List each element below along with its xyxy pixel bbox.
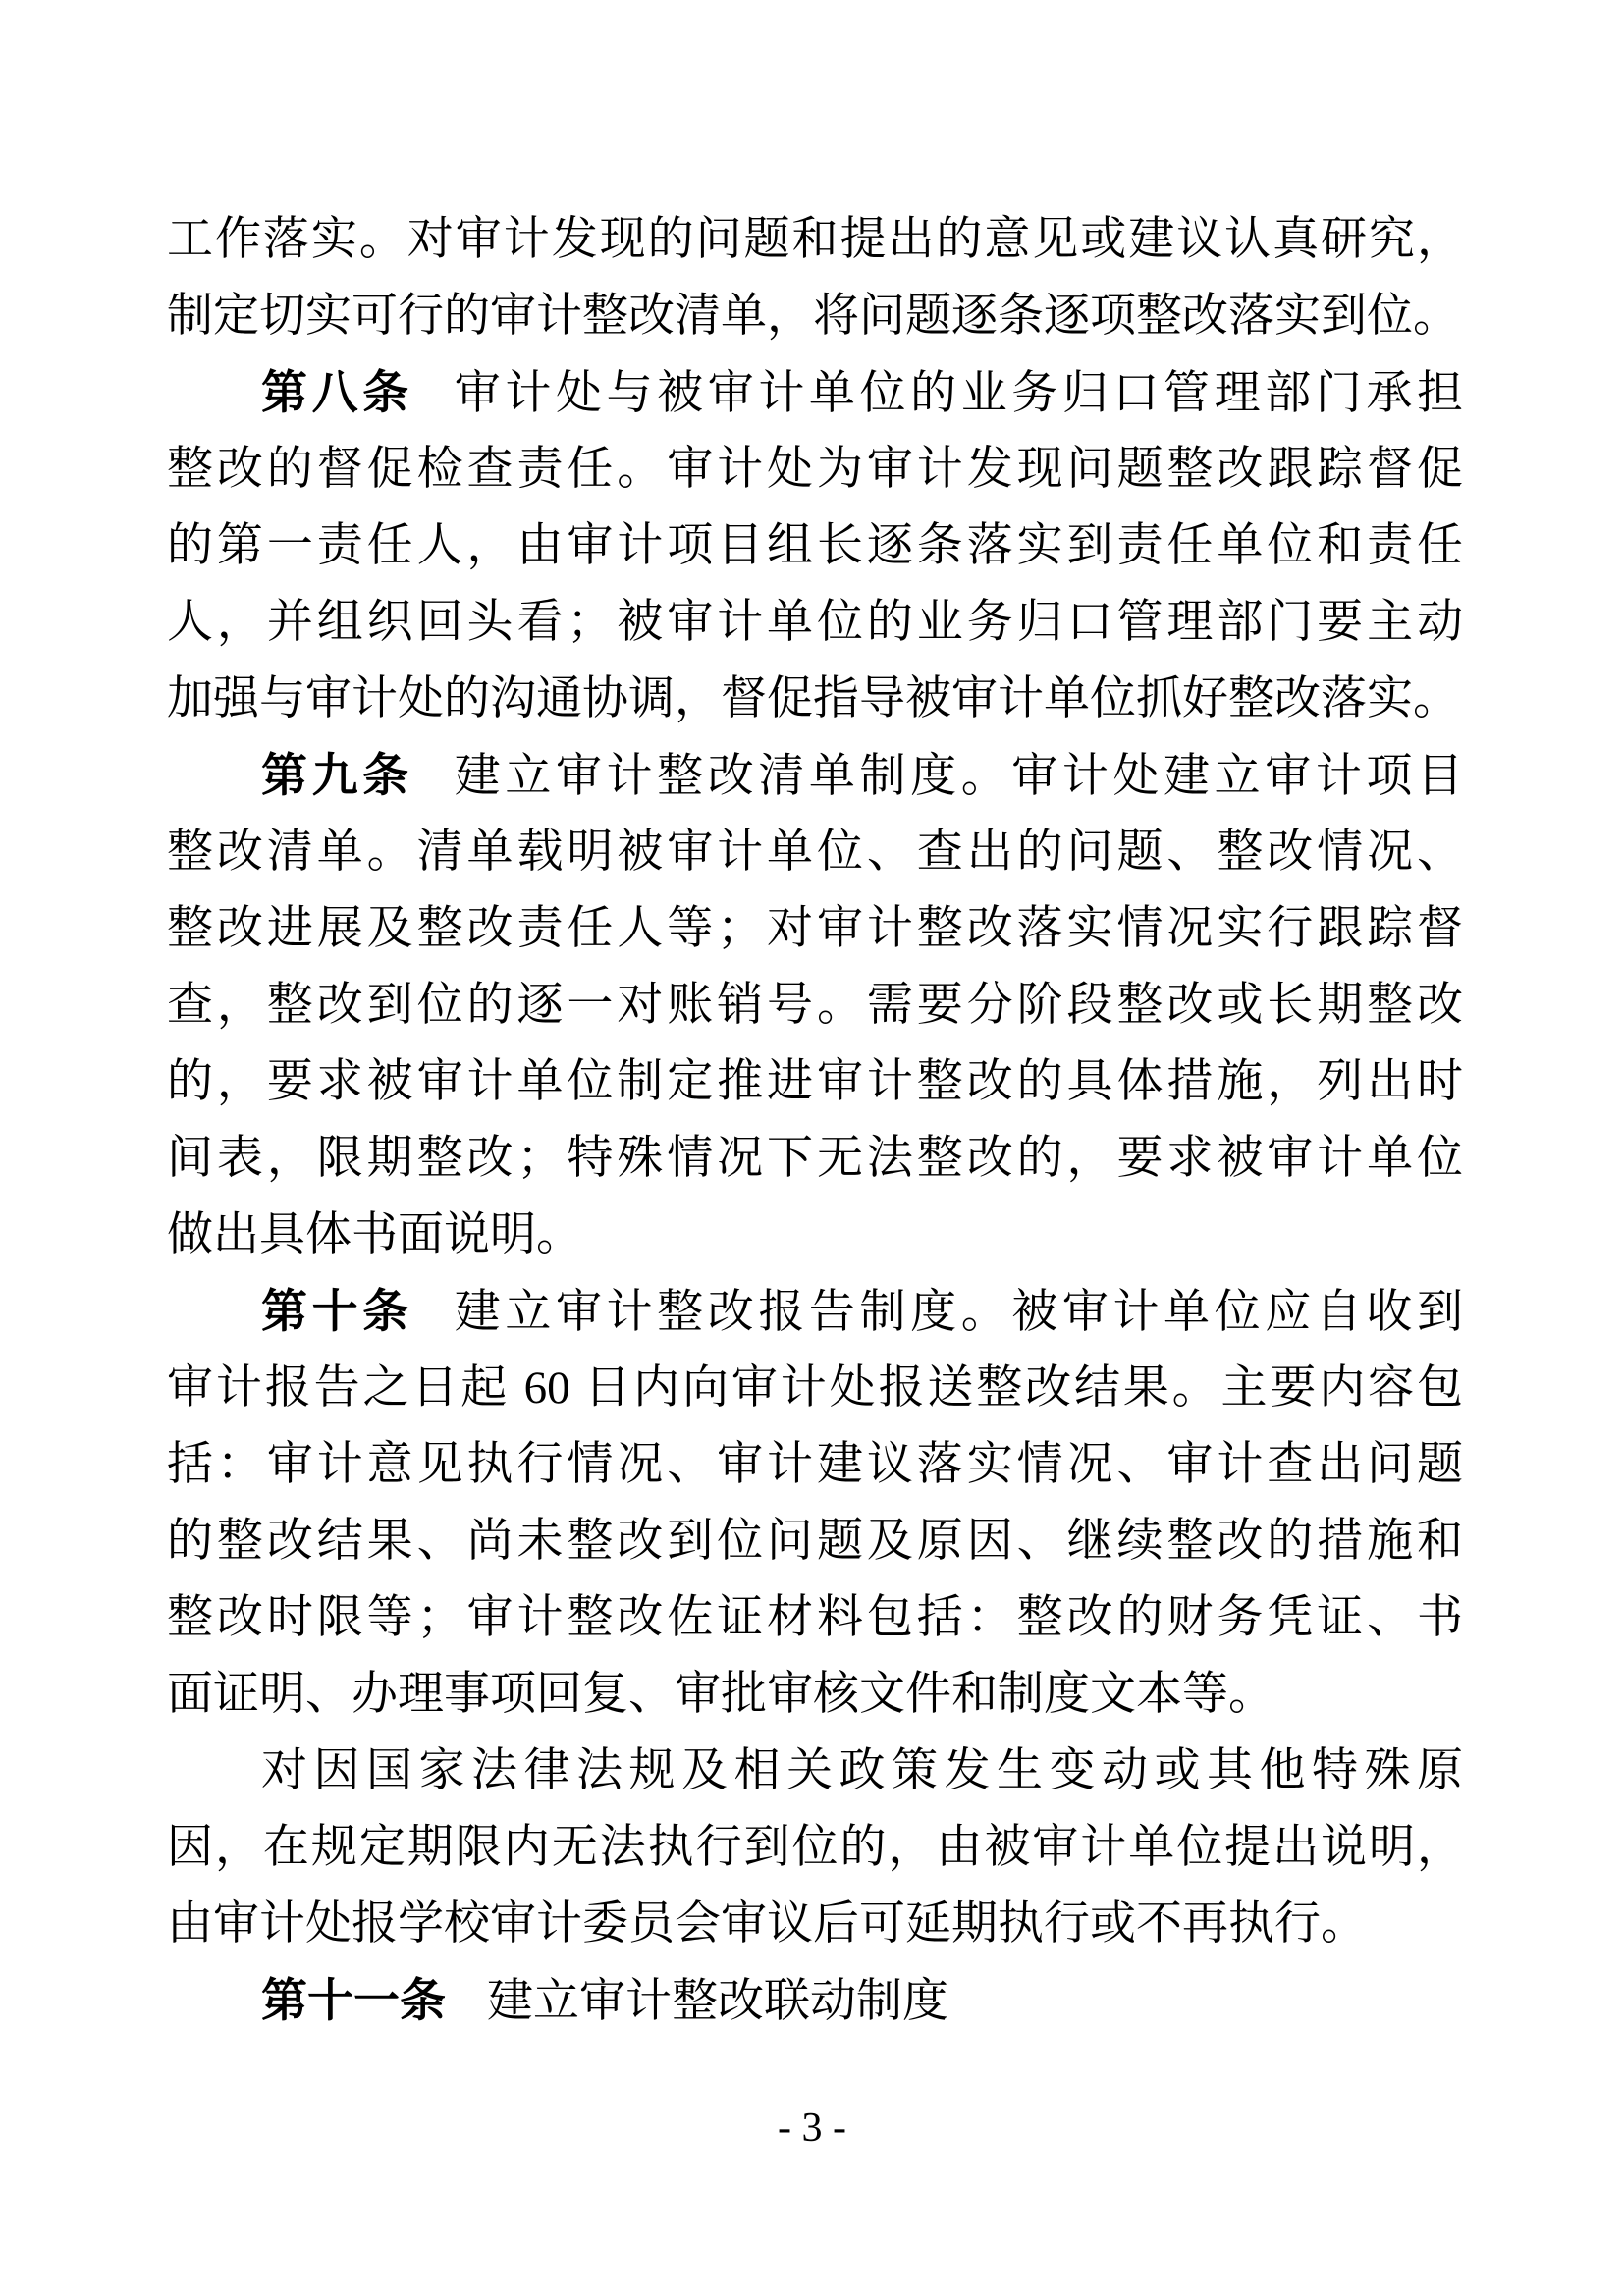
line-text: 间表，限期整改；特殊情况下无法整改的，要求被审计单位 [167,1133,1463,1184]
article-heading: 第九条 [261,749,413,801]
text-line: 人，并组织回头看；被审计单位的业务归口管理部门要主动 [167,584,1463,661]
line-text: 的，要求被审计单位制定推进审计整改的具体措施，列出时 [167,1056,1463,1107]
article-heading: 第八条 [261,366,413,418]
text-line: 整改进展及整改责任人等；对审计整改落实情况实行跟踪督 [167,890,1463,967]
line-text: 的整改结果、尚未整改到位问题及原因、继续整改的措施和 [167,1516,1463,1567]
line-text: 加强与审计处的沟通协调，督促指导被审计单位抓好整改落实。 [167,673,1459,724]
line-text: 建立审计整改清单制度。审计处建立审计项目 [455,751,1463,802]
line-text: 对因国家法律法规及相关政策发生变动或其他特殊原 [261,1745,1463,1796]
text-line: 第十条建立审计整改报告制度。被审计单位应自收到 [167,1273,1463,1350]
line-text: 括：审计意见执行情况、审计建议落实情况、审计查出问题 [167,1439,1463,1490]
text-line: 整改时限等；审计整改佐证材料包括：整改的财务凭证、书 [167,1579,1463,1656]
line-text: 制定切实可行的审计整改清单，将问题逐条逐项整改落实到位。 [167,291,1459,342]
text-line: 工作落实。对审计发现的问题和提出的意见或建议认真研究， [167,201,1463,278]
line-text: 审计处与被审计单位的业务归口管理部门承担 [455,368,1463,419]
line-text: 审计报告之日起 60 日内向审计处报送整改结果。主要内容包 [167,1362,1463,1414]
line-text: 整改的督促检查责任。审计处为审计发现问题整改跟踪督促 [167,444,1463,495]
line-text: 查，整改到位的逐一对账销号。需要分阶段整改或长期整改 [167,980,1463,1031]
text-line: 间表，限期整改；特殊情况下无法整改的，要求被审计单位 [167,1120,1463,1197]
line-text: 工作落实。对审计发现的问题和提出的意见或建议认真研究， [167,214,1463,265]
line-text: 整改时限等；审计整改佐证材料包括：整改的财务凭证、书 [167,1592,1463,1643]
text-line: 因，在规定期限内无法执行到位的，由被审计单位提出说明， [167,1809,1463,1886]
text-line: 制定切实可行的审计整改清单，将问题逐条逐项整改落实到位。 [167,278,1463,354]
line-text: 面证明、办理事项回复、审批审核文件和制度文本等。 [167,1669,1274,1720]
line-text: 整改清单。清单载明被审计单位、查出的问题、整改情况、 [167,827,1463,878]
text-line: 第八条审计处与被审计单位的业务归口管理部门承担 [167,354,1463,431]
text-line: 做出具体书面说明。 [167,1197,1463,1273]
document-lines: 工作落实。对审计发现的问题和提出的意见或建议认真研究，制定切实可行的审计整改清单… [167,201,1463,2039]
line-text: 因，在规定期限内无法执行到位的，由被审计单位提出说明， [167,1822,1463,1873]
text-line: 的，要求被审计单位制定推进审计整改的具体措施，列出时 [167,1043,1463,1120]
text-line: 审计报告之日起 60 日内向审计处报送整改结果。主要内容包 [167,1350,1463,1426]
text-line: 括：审计意见执行情况、审计建议落实情况、审计查出问题 [167,1426,1463,1503]
text-line: 第十一条建立审计整改联动制度 [167,1962,1463,2039]
line-text: 建立审计整改报告制度。被审计单位应自收到 [455,1287,1463,1338]
line-text: 人，并组织回头看；被审计单位的业务归口管理部门要主动 [167,597,1463,648]
text-line: 对因国家法律法规及相关政策发生变动或其他特殊原 [167,1733,1463,1809]
text-line: 加强与审计处的沟通协调，督促指导被审计单位抓好整改落实。 [167,661,1463,737]
article-heading: 第十条 [261,1285,413,1337]
text-line: 的整改结果、尚未整改到位问题及原因、继续整改的措施和 [167,1503,1463,1579]
line-text: 由审计处报学校审计委员会审议后可延期执行或不再执行。 [167,1898,1367,1949]
text-line: 第九条建立审计整改清单制度。审计处建立审计项目 [167,737,1463,814]
line-text: 做出具体书面说明。 [167,1209,582,1260]
document-page: 工作落实。对审计发现的问题和提出的意见或建议认真研究，制定切实可行的审计整改清单… [0,0,1624,2296]
text-line: 查，整改到位的逐一对账销号。需要分阶段整改或长期整改 [167,967,1463,1043]
page-number: - 3 - [0,2099,1624,2158]
text-line: 整改的督促检查责任。审计处为审计发现问题整改跟踪督促 [167,431,1463,507]
text-line: 由审计处报学校审计委员会审议后可延期执行或不再执行。 [167,1886,1463,1962]
line-text: 建立审计整改联动制度 [487,1976,948,2027]
line-text: 的第一责任人，由审计项目组长逐条落实到责任单位和责任 [167,520,1463,571]
text-line: 整改清单。清单载明被审计单位、查出的问题、整改情况、 [167,814,1463,890]
line-text: 整改进展及整改责任人等；对审计整改落实情况实行跟踪督 [167,903,1463,954]
article-heading: 第十一条 [261,1974,446,2026]
text-line: 面证明、办理事项回复、审批审核文件和制度文本等。 [167,1656,1463,1733]
text-line: 的第一责任人，由审计项目组长逐条落实到责任单位和责任 [167,507,1463,584]
